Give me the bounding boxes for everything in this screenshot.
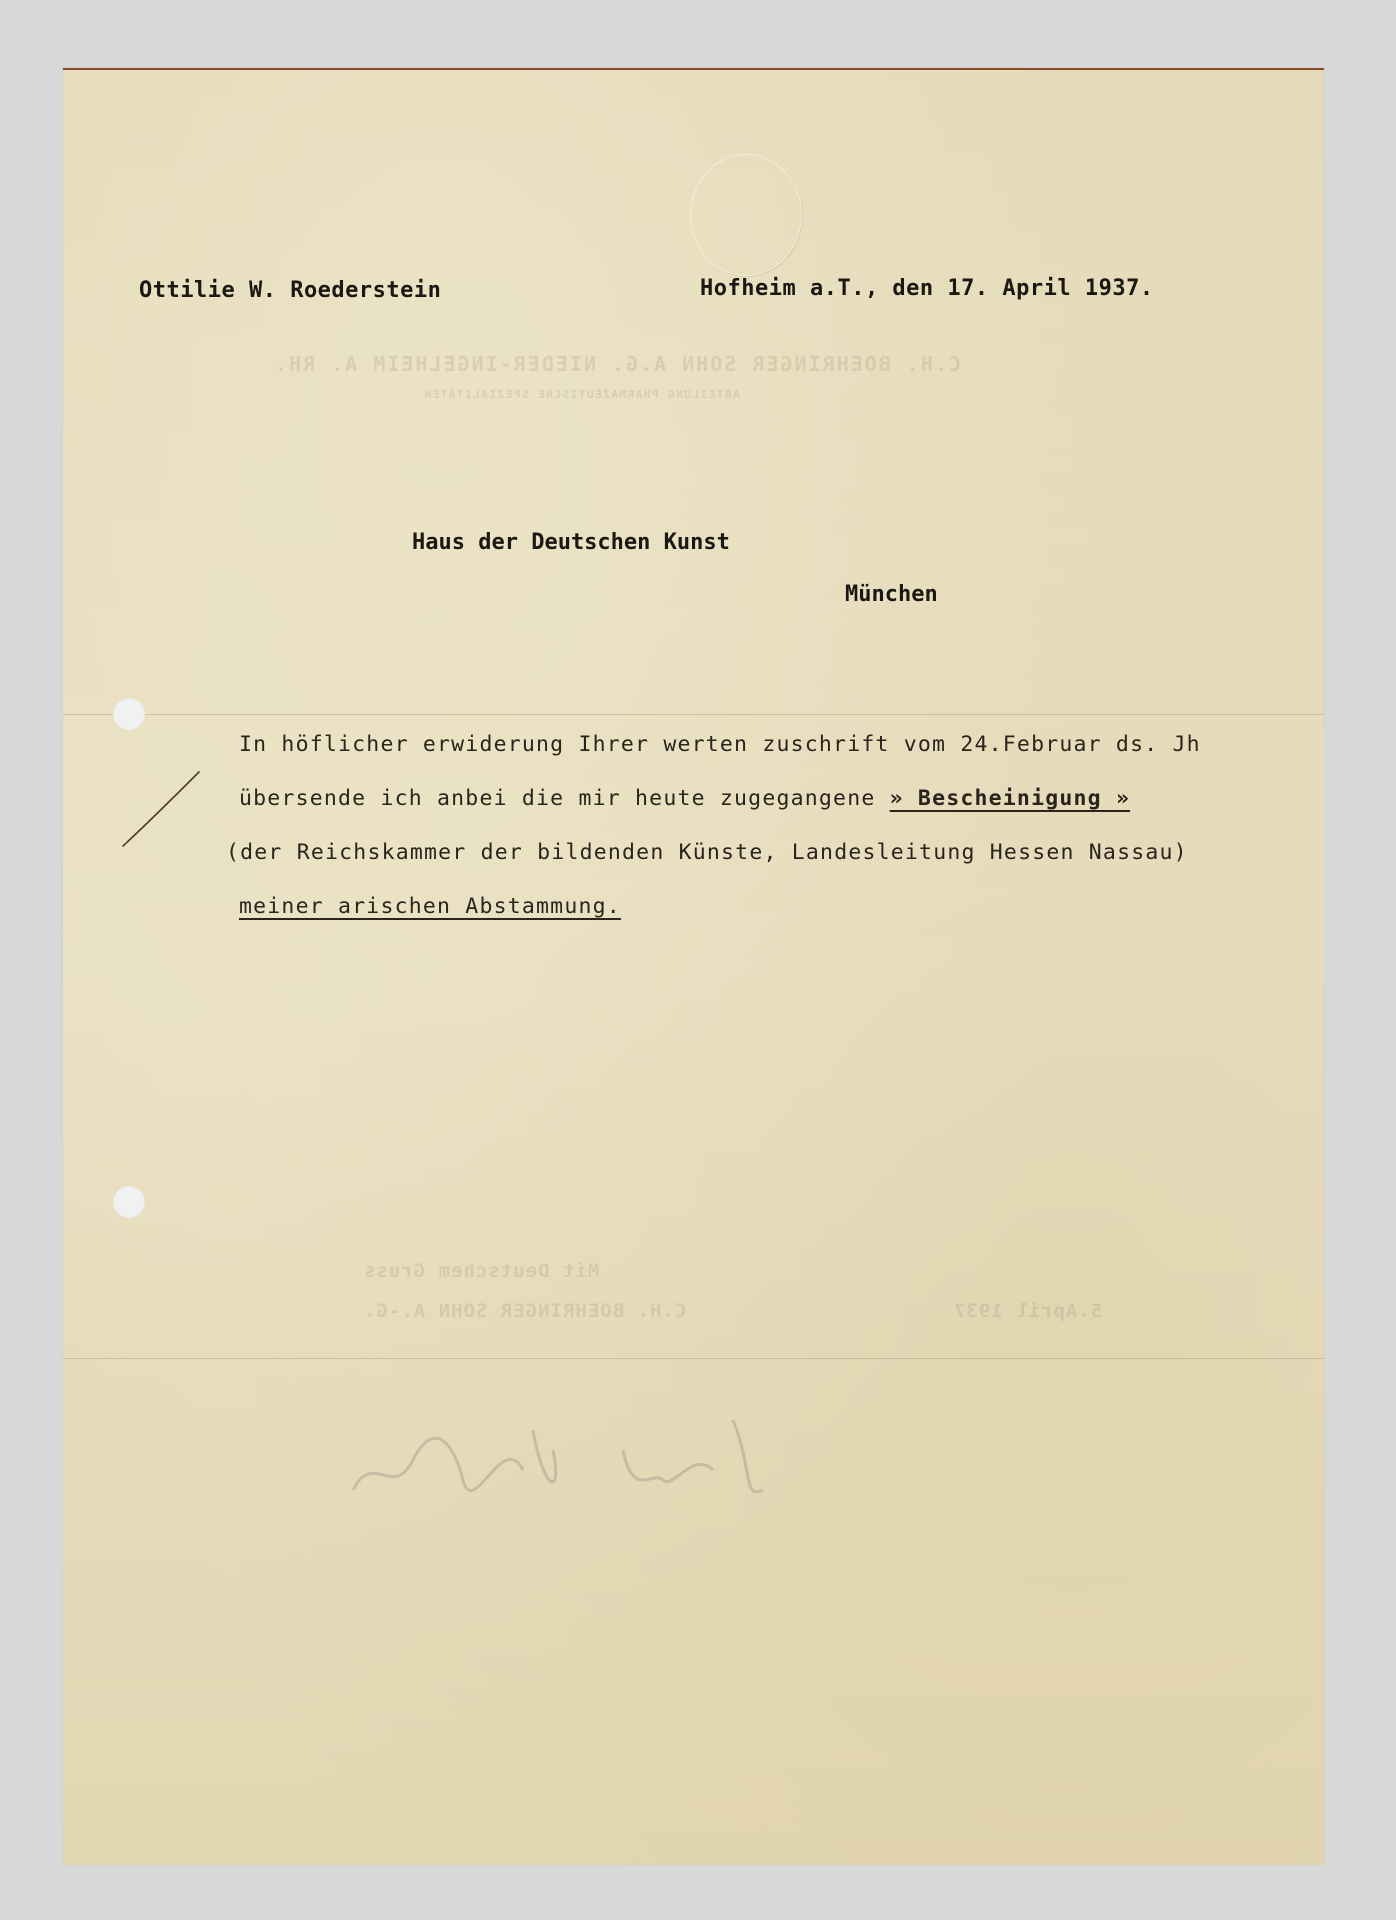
letter-page: C.H. BOEHRINGER SOHN A.G. NIEDER-INGELHE… bbox=[63, 68, 1324, 1865]
certificate-reference: » Bescheinigung » bbox=[890, 786, 1130, 811]
body-line-3: (der Reichskammer der bildenden Künste, … bbox=[226, 840, 1188, 865]
body-line-1: In höflicher erwiderung Ihrer werten zus… bbox=[239, 732, 1201, 757]
pencil-mark-icon bbox=[121, 770, 201, 848]
body-line-4: meiner arischen Abstammung. bbox=[239, 894, 621, 919]
sender-name: Ottilie W. Roederstein bbox=[139, 278, 441, 303]
fold-line-bottom bbox=[63, 1358, 1324, 1359]
body-line-2-text: übersende ich anbei die mir heute zugega… bbox=[239, 786, 890, 811]
bleed-through-company: C.H. BOEHRINGER SOHN A.-G. bbox=[363, 1300, 686, 1322]
bleed-through-letterhead-sub: ABTEILUNG PHARMAZEUTISCHE SPEZIALITÄTEN bbox=[423, 388, 740, 401]
bleed-through-date: 5.April 1937 bbox=[953, 1300, 1102, 1322]
body-line-2: übersende ich anbei die mir heute zugega… bbox=[239, 786, 1130, 811]
embossed-seal bbox=[690, 154, 802, 276]
recipient-organization: Haus der Deutschen Kunst bbox=[412, 530, 730, 555]
punch-hole-bottom bbox=[113, 1186, 145, 1218]
bleed-through-letterhead: C.H. BOEHRINGER SOHN A.G. NIEDER-INGELHE… bbox=[273, 352, 961, 376]
scan-crop-edge bbox=[1324, 730, 1396, 980]
signature-bleed-icon bbox=[333, 1410, 853, 1520]
bleed-through-closing: Mit Deutschem Gruss bbox=[363, 1260, 599, 1282]
recipient-city: München bbox=[845, 582, 938, 607]
dateline: Hofheim a.T., den 17. April 1937. bbox=[700, 276, 1154, 301]
fold-line-top bbox=[63, 714, 1324, 715]
punch-hole-top bbox=[113, 698, 145, 730]
